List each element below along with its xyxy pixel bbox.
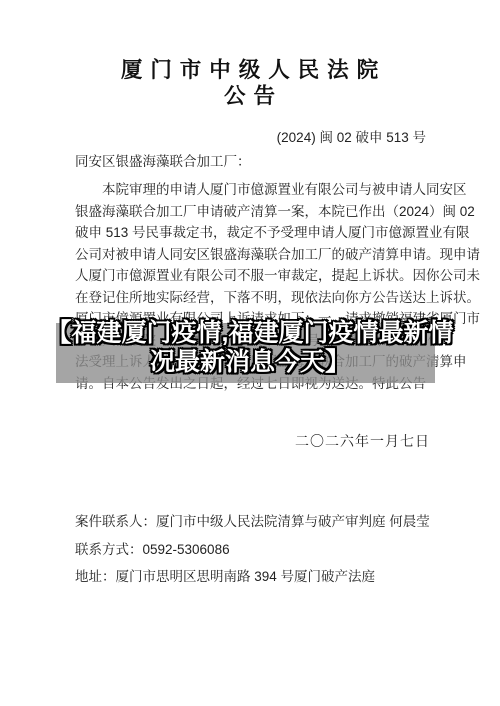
body-line: 在登记住所地实际经营，下落不明，现依法向你方公告送达上诉状。 — [75, 287, 425, 309]
body-line: 公司对被申请人同安区银盛海藻联合加工厂的破产清算申请。现申请 — [75, 244, 425, 266]
body-line: 银盛海藻联合加工厂申请破产清算一案，本院已作出（2024）闽 02 — [75, 201, 425, 223]
contact-person-line: 案件联系人：厦门市中级人民法院清算与破产审判庭 何晨莹 — [75, 508, 430, 536]
contact-block: 案件联系人：厦门市中级人民法院清算与破产审判庭 何晨莹 联系方式：0592-53… — [75, 508, 430, 591]
announcement-title: 公 告 — [0, 79, 500, 110]
watermark-line1: 【福建厦门疫情,福建厦门疫情最新情 — [0, 319, 500, 348]
addressee-line: 同安区银盛海藻联合加工厂： — [75, 150, 251, 170]
body-line: 本院审理的申请人厦门市億源置业有限公司与被申请人同安区 — [75, 179, 425, 201]
case-number: (2024) 闽 02 破申 513 号 — [277, 126, 426, 146]
contact-phone-line: 联系方式：0592-5306086 — [75, 536, 430, 564]
contact-address-line: 地址：厦门市思明区思明南路 394 号厦门破产法庭 — [75, 563, 430, 591]
watermark-line2: 况最新消息今天】 — [0, 348, 500, 377]
court-announcement-document: 厦 门 市 中 级 人 民 法 院 公 告 (2024) 闽 02 破申 513… — [0, 0, 500, 706]
watermark-headline: 【福建厦门疫情,福建厦门疫情最新情 况最新消息今天】 — [0, 319, 500, 376]
announcement-date: 二〇二六年一月七日 — [295, 431, 430, 451]
body-line: 破申 513 号民事裁定书，裁定不予受理申请人厦门市億源置业有限 — [75, 222, 425, 244]
body-line: 人厦门市億源置业有限公司不服一审裁定，提起上诉状。因你公司未 — [75, 265, 425, 287]
